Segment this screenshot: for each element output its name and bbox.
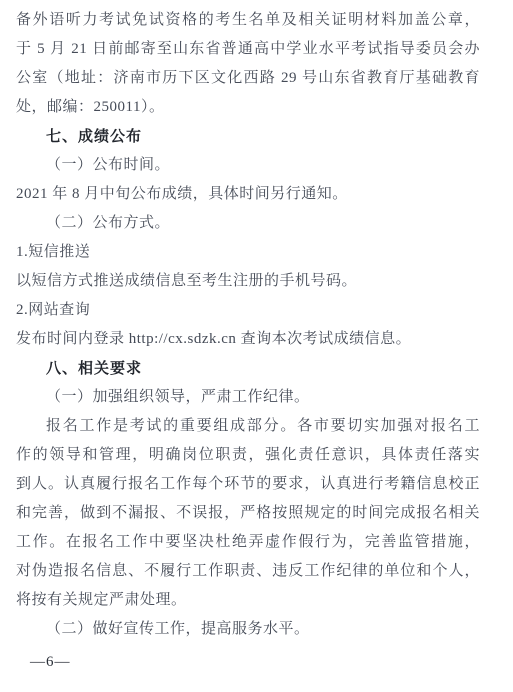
doc-line: 作的领导和管理，明确岗位职责，强化责任意识，具体责任落实 — [16, 441, 480, 470]
section-heading: 八、相关要求 — [16, 354, 480, 383]
doc-line: 处，邮编：250011）。 — [16, 93, 480, 122]
doc-line: 发布时间内登录 http://cx.sdzk.cn 查询本次考试成绩信息。 — [16, 325, 480, 354]
doc-line: 对伪造报名信息、不履行工作职责、违反工作纪律的单位和个人， — [16, 557, 480, 586]
doc-line: 1.短信推送 — [16, 238, 480, 267]
doc-line: 公室（地址：济南市历下区文化西路 29 号山东省教育厅基础教育 — [16, 64, 480, 93]
doc-line: 和完善，做到不漏报、不误报，严格按照规定的时间完成报名相关 — [16, 499, 480, 528]
doc-line: （一）公布时间。 — [16, 151, 480, 180]
doc-line: （一）加强组织领导，严肃工作纪律。 — [16, 383, 480, 412]
document-body: 备外语听力考试免试资格的考生名单及相关证明材料加盖公章，于 5 月 21 日前邮… — [16, 6, 480, 644]
doc-line: 2021 年 8 月中旬公布成绩，具体时间另行通知。 — [16, 180, 480, 209]
doc-line: （二）公布方式。 — [16, 209, 480, 238]
doc-line: 报名工作是考试的重要组成部分。各市要切实加强对报名工 — [16, 412, 480, 441]
doc-line: 2.网站查询 — [16, 296, 480, 325]
section-heading: 七、成绩公布 — [16, 122, 480, 151]
doc-line: 以短信方式推送成绩信息至考生注册的手机号码。 — [16, 267, 480, 296]
doc-line: 于 5 月 21 日前邮寄至山东省普通高中学业水平考试指导委员会办 — [16, 35, 480, 64]
doc-line: 工作。在报名工作中要坚决杜绝弄虚作假行为，完善监管措施， — [16, 528, 480, 557]
doc-line: 将按有关规定严肃处理。 — [16, 586, 480, 615]
document-page: 备外语听力考试免试资格的考生名单及相关证明材料加盖公章，于 5 月 21 日前邮… — [0, 0, 513, 692]
doc-line: （二）做好宣传工作，提高服务水平。 — [16, 615, 480, 644]
doc-line: 到人。认真履行报名工作每个环节的要求，认真进行考籍信息校正 — [16, 470, 480, 499]
page-number: —6— — [30, 652, 71, 672]
doc-line: 备外语听力考试免试资格的考生名单及相关证明材料加盖公章， — [16, 6, 480, 35]
